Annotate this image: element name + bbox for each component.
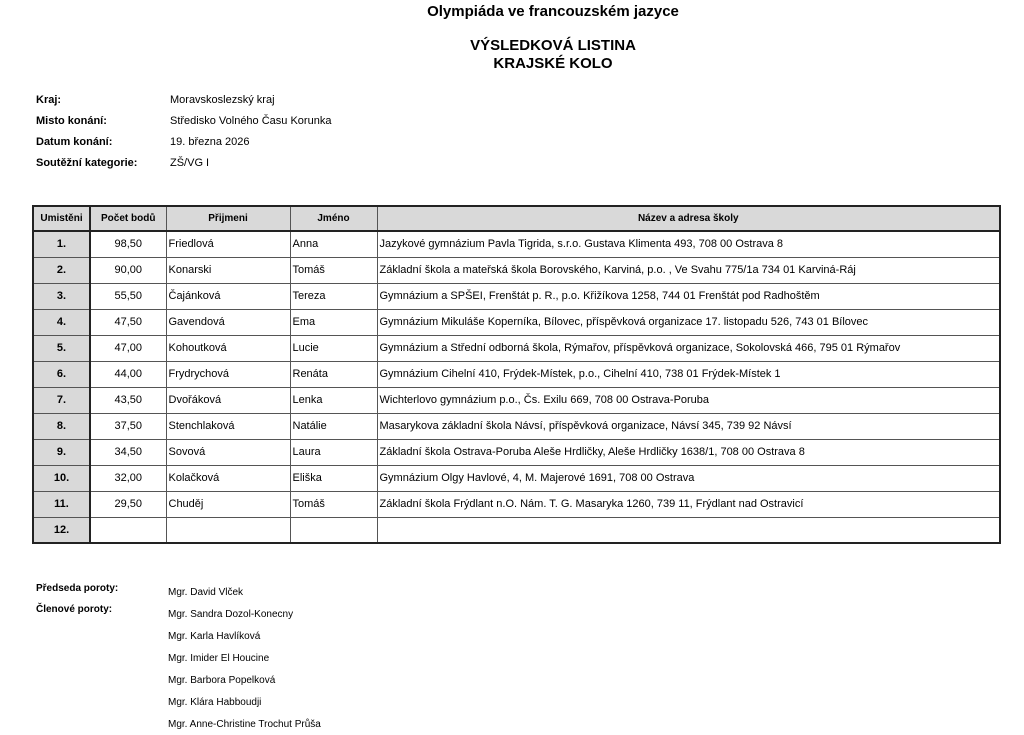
event-info: Kraj: Moravskoslezský kraj Misto konání:… (36, 93, 331, 177)
meta-value: Moravskoslezský kraj (170, 93, 275, 114)
cell-school: Wichterlovo gymnázium p.o., Čs. Exilu 66… (377, 387, 1000, 413)
table-row: 8.37,50StenchlakováNatálieMasarykova zák… (33, 413, 1000, 439)
document-subtitle: VÝSLEDKOVÁ LISTINA KRAJSKÉ KOLO (0, 37, 1024, 73)
header-surname: Přijmeni (166, 206, 290, 231)
jury-member-name: Mgr. Klára Habboudji (168, 697, 321, 719)
jury-member-name: Mgr. Imider El Houcine (168, 653, 321, 675)
meta-label: Datum konání: (36, 135, 170, 156)
results-table: Umistěni Počet bodů Přijmeni Jméno Název… (32, 205, 1001, 544)
table-header-row: Umistěni Počet bodů Přijmeni Jméno Název… (33, 206, 1000, 231)
table-row: 4.47,50GavendováEmaGymnázium Mikuláše Ko… (33, 309, 1000, 335)
cell-firstname: Lenka (290, 387, 377, 413)
cell-place: 10. (33, 465, 90, 491)
cell-place: 3. (33, 283, 90, 309)
cell-surname: Stenchlaková (166, 413, 290, 439)
table-row: 7.43,50DvořákováLenkaWichterlovo gymnázi… (33, 387, 1000, 413)
cell-school: Základní škola Ostrava-Poruba Aleše Hrdl… (377, 439, 1000, 465)
cell-points: 47,50 (90, 309, 166, 335)
cell-points: 44,00 (90, 361, 166, 387)
jury-member-name: Mgr. Karla Havlíková (168, 631, 321, 653)
meta-region: Kraj: Moravskoslezský kraj (36, 93, 331, 114)
cell-surname: Konarski (166, 257, 290, 283)
cell-firstname: Laura (290, 439, 377, 465)
cell-firstname: Renáta (290, 361, 377, 387)
cell-place: 11. (33, 491, 90, 517)
cell-place: 7. (33, 387, 90, 413)
table-row: 2.90,00KonarskiTomášZákladní škola a mat… (33, 257, 1000, 283)
table-row: 3.55,50ČajánkováTerezaGymnázium a SPŠEI,… (33, 283, 1000, 309)
meta-label: Kraj: (36, 93, 170, 114)
cell-points: 29,50 (90, 491, 166, 517)
cell-place: 9. (33, 439, 90, 465)
cell-surname: Kolačková (166, 465, 290, 491)
cell-points: 90,00 (90, 257, 166, 283)
table-row: 12. (33, 517, 1000, 543)
cell-surname: Čajánková (166, 283, 290, 309)
cell-surname: Chuděj (166, 491, 290, 517)
table-row: 10.32,00KolačkováEliškaGymnázium Olgy Ha… (33, 465, 1000, 491)
jury-names: Mgr. David VlčekMgr. Sandra Dozol-Konecn… (168, 587, 321, 735)
meta-value: Středisko Volného Času Korunka (170, 114, 331, 135)
cell-firstname: Natálie (290, 413, 377, 439)
cell-surname: Sovová (166, 439, 290, 465)
jury-member-name: Mgr. Sandra Dozol-Konecny (168, 609, 321, 631)
cell-place: 1. (33, 231, 90, 257)
cell-firstname (290, 517, 377, 543)
meta-venue: Misto konání: Středisko Volného Času Kor… (36, 114, 331, 135)
cell-firstname: Tereza (290, 283, 377, 309)
cell-place: 5. (33, 335, 90, 361)
cell-points: 55,50 (90, 283, 166, 309)
cell-school: Jazykové gymnázium Pavla Tigrida, s.r.o.… (377, 231, 1000, 257)
cell-firstname: Ema (290, 309, 377, 335)
jury-chair-name: Mgr. David Vlček (168, 587, 321, 609)
cell-firstname: Eliška (290, 465, 377, 491)
jury-chair-label: Předseda poroty: (36, 583, 118, 594)
meta-date: Datum konání: 19. března 2026 (36, 135, 331, 156)
header-points: Počet bodů (90, 206, 166, 231)
meta-label: Misto konání: (36, 114, 170, 135)
cell-school: Gymnázium Mikuláše Koperníka, Bílovec, p… (377, 309, 1000, 335)
cell-school: Masarykova základní škola Návsí, příspěv… (377, 413, 1000, 439)
cell-points (90, 517, 166, 543)
cell-place: 12. (33, 517, 90, 543)
jury-members-label: Členové poroty: (36, 604, 112, 615)
cell-school: Gymnázium a SPŠEI, Frenštát p. R., p.o. … (377, 283, 1000, 309)
cell-surname: Dvořáková (166, 387, 290, 413)
cell-place: 2. (33, 257, 90, 283)
table-row: 11.29,50ChudějTomášZákladní škola Frýdla… (33, 491, 1000, 517)
results-body: 1.98,50FriedlováAnnaJazykové gymnázium P… (33, 231, 1000, 543)
cell-firstname: Tomáš (290, 491, 377, 517)
cell-school (377, 517, 1000, 543)
subtitle-round: KRAJSKÉ KOLO (0, 55, 1024, 73)
cell-surname: Friedlová (166, 231, 290, 257)
cell-points: 32,00 (90, 465, 166, 491)
table-row: 6.44,00FrydrychováRenátaGymnázium Ciheln… (33, 361, 1000, 387)
meta-value: ZŠ/VG I (170, 156, 209, 177)
cell-school: Gymnázium a Střední odborná škola, Rýmař… (377, 335, 1000, 361)
cell-points: 43,50 (90, 387, 166, 413)
header-firstname: Jméno (290, 206, 377, 231)
meta-value: 19. března 2026 (170, 135, 250, 156)
cell-surname: Frydrychová (166, 361, 290, 387)
header-school: Název a adresa školy (377, 206, 1000, 231)
cell-place: 6. (33, 361, 90, 387)
cell-place: 8. (33, 413, 90, 439)
cell-place: 4. (33, 309, 90, 335)
cell-surname: Gavendová (166, 309, 290, 335)
subtitle-results-list: VÝSLEDKOVÁ LISTINA (0, 37, 1024, 55)
cell-firstname: Anna (290, 231, 377, 257)
header-place: Umistěni (33, 206, 90, 231)
cell-school: Základní škola a mateřská škola Borovské… (377, 257, 1000, 283)
jury-member-name: Mgr. Anne-Christine Trochut Průša (168, 719, 321, 735)
table-row: 1.98,50FriedlováAnnaJazykové gymnázium P… (33, 231, 1000, 257)
cell-school: Gymnázium Cihelní 410, Frýdek-Místek, p.… (377, 361, 1000, 387)
cell-school: Základní škola Frýdlant n.O. Nám. T. G. … (377, 491, 1000, 517)
cell-firstname: Tomáš (290, 257, 377, 283)
cell-points: 47,00 (90, 335, 166, 361)
meta-label: Soutěžní kategorie: (36, 156, 170, 177)
cell-points: 98,50 (90, 231, 166, 257)
document-title: Olympiáda ve francouzském jazyce (0, 3, 1024, 20)
table-row: 5.47,00KohoutkováLucieGymnázium a Středn… (33, 335, 1000, 361)
meta-category: Soutěžní kategorie: ZŠ/VG I (36, 156, 331, 177)
cell-surname (166, 517, 290, 543)
cell-school: Gymnázium Olgy Havlové, 4, M. Majerové 1… (377, 465, 1000, 491)
jury-member-name: Mgr. Barbora Popelková (168, 675, 321, 697)
cell-firstname: Lucie (290, 335, 377, 361)
table-row: 9.34,50SovováLauraZákladní škola Ostrava… (33, 439, 1000, 465)
cell-points: 34,50 (90, 439, 166, 465)
cell-surname: Kohoutková (166, 335, 290, 361)
cell-points: 37,50 (90, 413, 166, 439)
